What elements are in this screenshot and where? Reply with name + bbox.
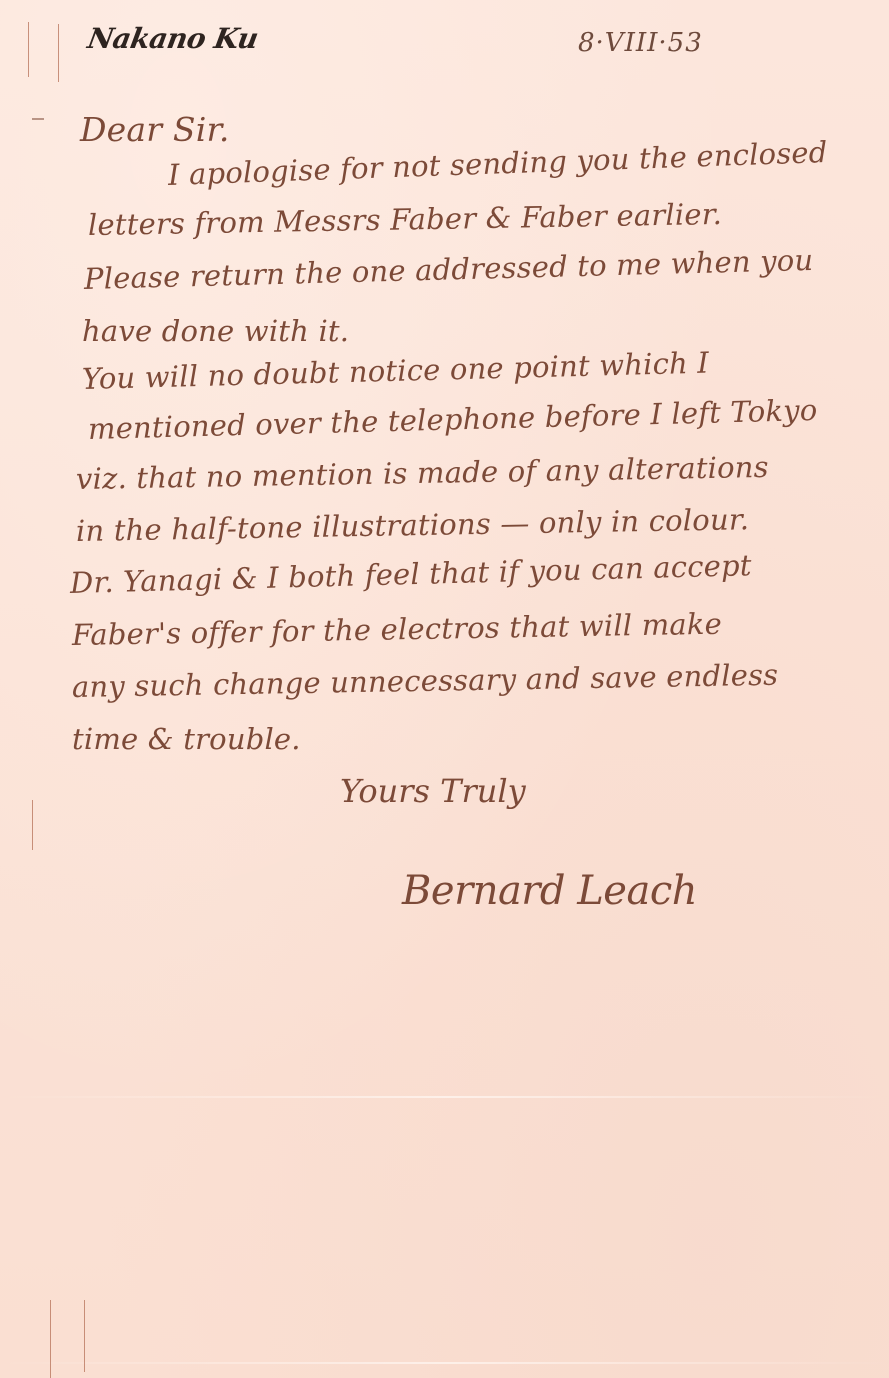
body-line-3: Please return the one addressed to me wh… xyxy=(84,243,814,296)
body-line-7: viz. that no mention is made of any alte… xyxy=(76,450,769,496)
paper-bottom-edge xyxy=(0,1362,889,1364)
body-line-8: in the half-tone illustrations — only in… xyxy=(76,502,750,548)
salutation: Dear Sir. xyxy=(80,110,230,149)
paper-fold-line xyxy=(0,1096,889,1098)
body-line-12: time & trouble. xyxy=(72,722,301,756)
body-line-5: You will no doubt notice one point which… xyxy=(82,346,710,396)
body-line-4: have done with it. xyxy=(82,314,349,348)
closing: Yours Truly xyxy=(340,772,526,810)
header-place: Nakano Ku xyxy=(85,22,260,55)
margin-mark-mid-left xyxy=(32,800,33,850)
margin-dash-mark xyxy=(32,118,44,120)
body-line-11: any such change unnecessary and save end… xyxy=(72,658,779,704)
margin-mark-bottom-left-1 xyxy=(50,1300,51,1378)
letter-page: Nakano Ku 8·VIII·53 Dear Sir. I apologis… xyxy=(0,0,889,1378)
body-line-2: letters from Messrs Faber & Faber earlie… xyxy=(88,197,723,242)
body-line-9: Dr. Yanagi & I both feel that if you can… xyxy=(70,548,753,600)
body-line-10: Faber's offer for the electros that will… xyxy=(72,607,723,652)
margin-mark-top-left-1 xyxy=(28,22,29,77)
margin-mark-bottom-left-2 xyxy=(84,1300,85,1372)
margin-mark-top-left-2 xyxy=(58,24,59,82)
signature: Bernard Leach xyxy=(402,868,697,914)
body-line-1: I apologise for not sending you the encl… xyxy=(167,135,828,192)
header-date: 8·VIII·53 xyxy=(578,28,703,58)
body-line-6: mentioned over the telephone before I le… xyxy=(88,393,818,446)
